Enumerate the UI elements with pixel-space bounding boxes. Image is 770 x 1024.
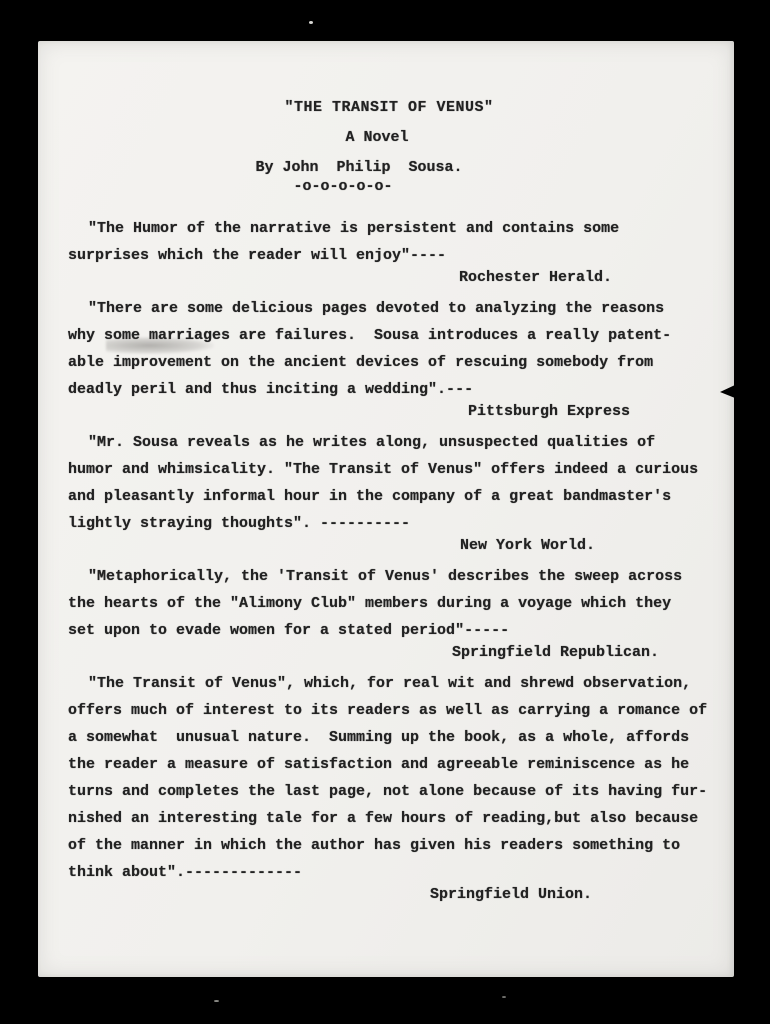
quote-attribution: Rochester Herald. <box>459 269 710 287</box>
document-title: "THE TRANSIT OF VENUS" <box>68 97 710 119</box>
quote-text: "Mr. Sousa reveals as he writes along, u… <box>68 429 710 537</box>
ornament-divider: -o-o-o-o-o- <box>22 179 664 195</box>
document-byline: By John Philip Sousa. <box>38 157 680 179</box>
quote-paragraph: "Metaphorically, the 'Transit of Venus' … <box>68 563 710 662</box>
quote-attribution: Springfield Union. <box>430 886 710 904</box>
scan-speck <box>309 21 313 24</box>
quote-text: "The Humor of the narrative is persisten… <box>68 215 710 269</box>
quote-attribution: Pittsburgh Express <box>468 403 710 421</box>
page-content: "THE TRANSIT OF VENUS" A Novel By John P… <box>38 41 734 904</box>
document-subtitle: A Novel <box>56 127 698 149</box>
quote-paragraph: "The Transit of Venus", which, for real … <box>68 670 710 904</box>
quote-paragraph: "The Humor of the narrative is persisten… <box>68 215 710 287</box>
quote-paragraph: "There are some delicious pages devoted … <box>68 295 710 421</box>
quote-attribution: New York World. <box>460 537 710 555</box>
scan-speck <box>502 996 506 998</box>
quote-text: "The Transit of Venus", which, for real … <box>68 670 710 886</box>
edge-notch-mark <box>720 385 735 398</box>
scanned-page: "THE TRANSIT OF VENUS" A Novel By John P… <box>38 41 734 977</box>
quote-attribution: Springfield Republican. <box>452 644 710 662</box>
quote-paragraph: "Mr. Sousa reveals as he writes along, u… <box>68 429 710 555</box>
quote-text: "There are some delicious pages devoted … <box>68 295 710 403</box>
scan-speck <box>214 1000 219 1002</box>
quote-text: "Metaphorically, the 'Transit of Venus' … <box>68 563 710 644</box>
scan-background: { "page": { "background_color": "#000000… <box>0 0 770 1024</box>
